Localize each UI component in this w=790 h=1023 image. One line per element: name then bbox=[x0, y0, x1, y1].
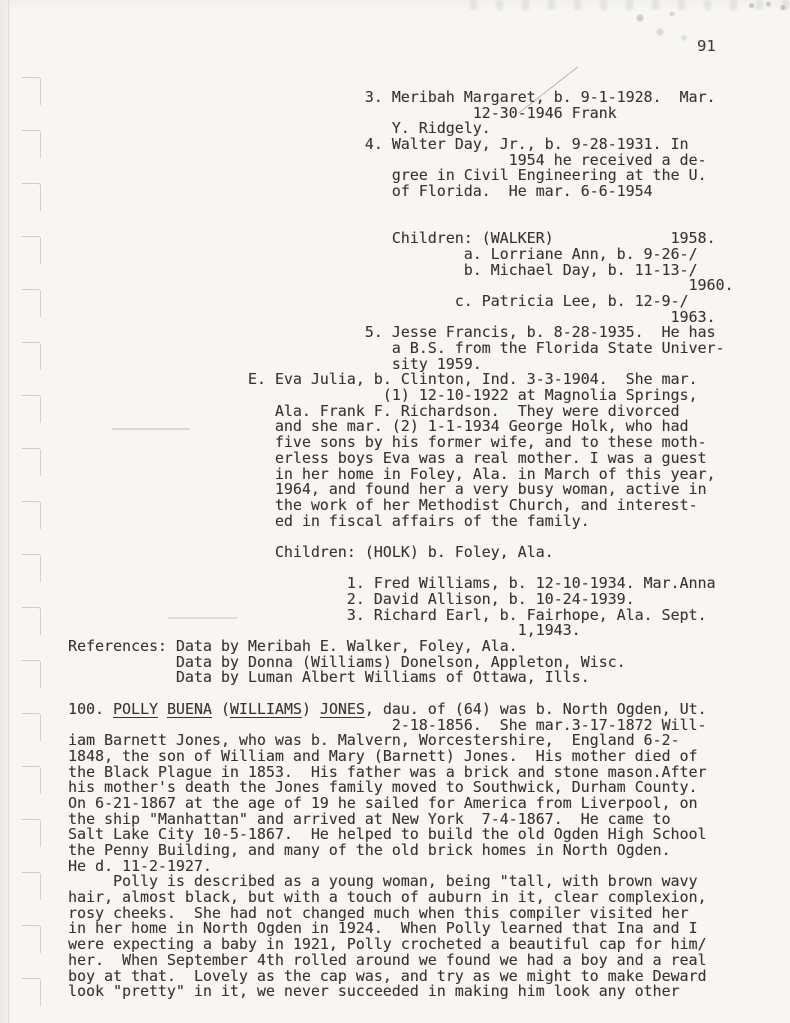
binding-mark bbox=[22, 130, 41, 158]
binding-mark bbox=[22, 501, 41, 529]
binding-mark bbox=[22, 925, 41, 953]
binding-mark bbox=[22, 448, 41, 476]
document-page: 91 3. Meribah Margaret, b. 9-1-1928. Mar… bbox=[0, 0, 790, 1023]
binding-mark bbox=[22, 660, 41, 688]
text-line: Data by Luman Albert Williams of Ottawa,… bbox=[68, 670, 734, 686]
text-line: Children: (HOLK) b. Foley, Ala. bbox=[68, 545, 734, 561]
binding-mark bbox=[22, 766, 41, 794]
page-edge-shadow bbox=[8, 0, 9, 1023]
typewritten-text: 3. Meribah Margaret, b. 9-1-1928. Mar. 1… bbox=[68, 90, 734, 1000]
binding-mark bbox=[22, 607, 41, 635]
page-number: 91 bbox=[697, 37, 716, 55]
text-line: ed in fiscal affairs of the family. bbox=[68, 514, 734, 530]
scan-speck bbox=[742, 0, 790, 14]
text-line: of Florida. He mar. 6-6-1954 bbox=[68, 184, 734, 200]
binding-mark bbox=[22, 819, 41, 847]
binding-mark bbox=[22, 395, 41, 423]
binding-mark bbox=[22, 872, 41, 900]
binding-mark bbox=[22, 554, 41, 582]
binding-mark bbox=[22, 342, 41, 370]
binding-mark bbox=[22, 713, 41, 741]
binding-mark bbox=[22, 289, 41, 317]
binding-mark bbox=[22, 77, 41, 105]
binding-mark bbox=[22, 978, 41, 1006]
text-line bbox=[68, 200, 734, 216]
text-line: look "pretty" in it, we never succeeded … bbox=[68, 984, 734, 1000]
binding-mark bbox=[22, 236, 41, 264]
scan-smudge bbox=[616, 6, 696, 46]
binding-mark bbox=[22, 183, 41, 211]
